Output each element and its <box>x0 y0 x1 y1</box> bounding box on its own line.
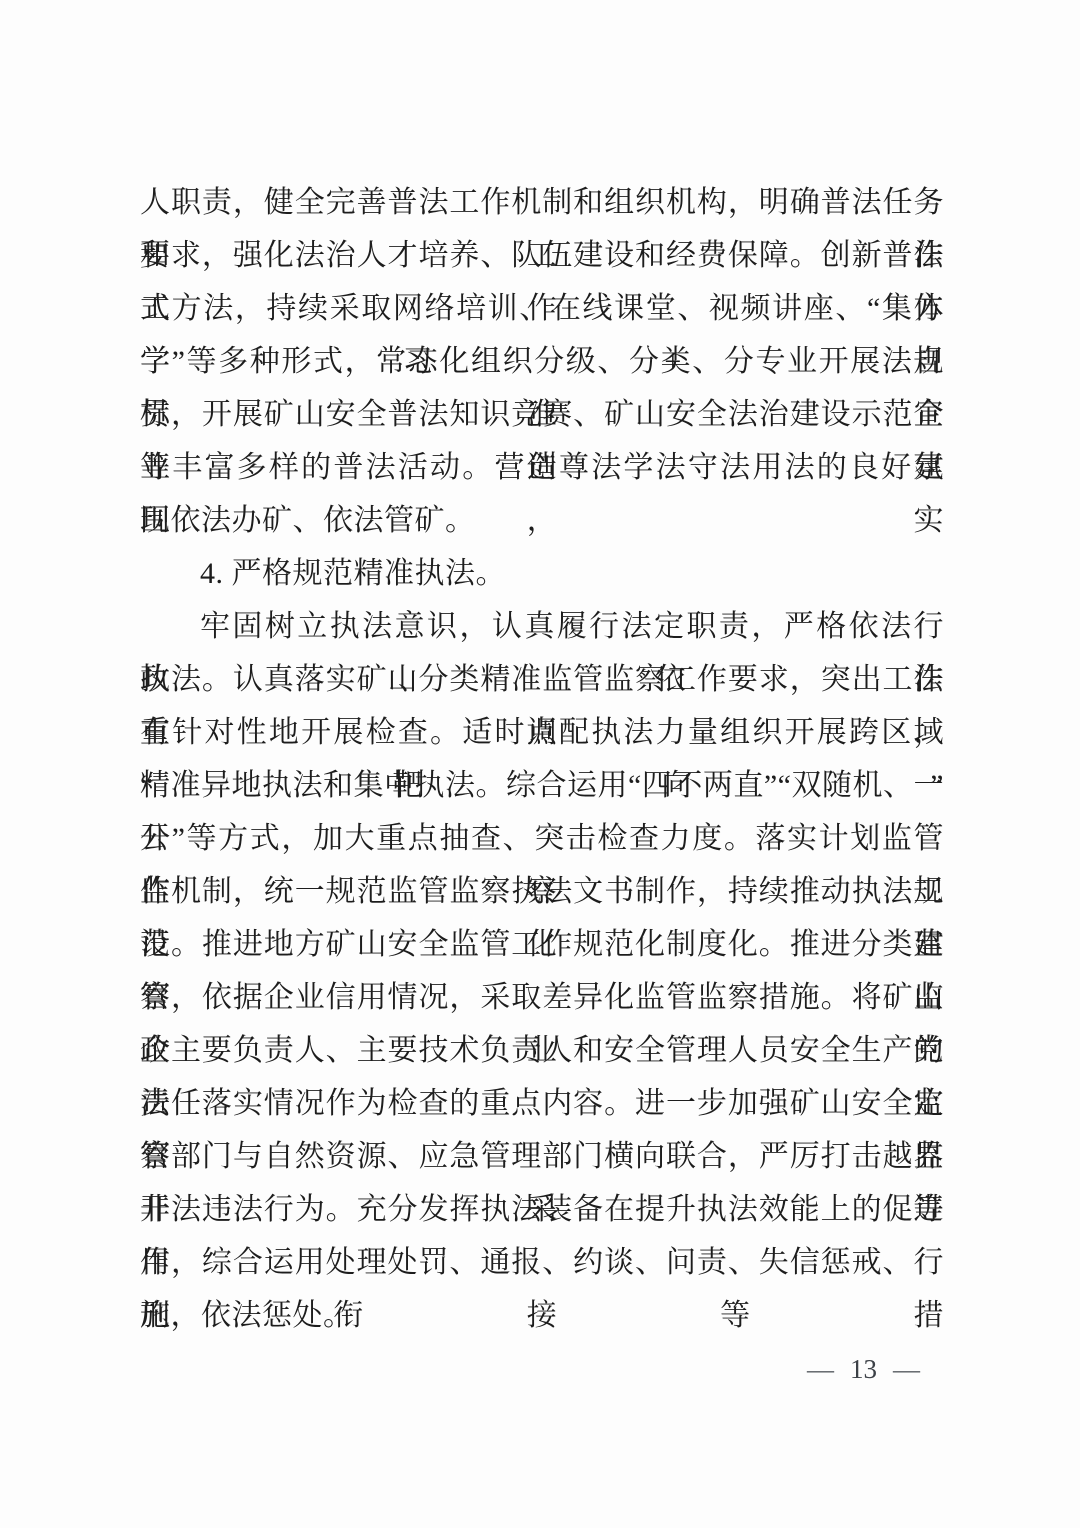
text-line: 政主要负责人、主要技术负责人和安全管理人员安全生产的法定 <box>140 1024 944 1077</box>
text-line: 4. 严格规范精准执法。 <box>140 547 944 600</box>
text-line: 执法。认真落实矿山分类精准监管监察工作要求，突出工作重点， <box>140 653 944 706</box>
text-line: 用，综合运用处理处罚、通报、约谈、问责、失信惩戒、行刑衔接等措 <box>140 1236 944 1289</box>
text-line: 等丰富多样的普法活动。营造尊法学法守法用法的良好氛围，实 <box>140 441 944 494</box>
text-line: 非法违法行为。充分发挥执法装备在提升执法效能上的促进作 <box>140 1183 944 1236</box>
text-line: 责任落实情况作为检查的重点内容。进一步加强矿山安全监管监 <box>140 1077 944 1130</box>
text-line: 式方法，持续采取网络培训、在线课堂、视频讲座、“集体学习+自 <box>140 282 944 335</box>
text-line: 察部门与自然资源、应急管理部门横向联合，严厉打击越界开采等 <box>140 1130 944 1183</box>
page-number: 13 <box>850 1354 877 1385</box>
text-line: 贯，开展矿山安全普法知识竞赛、矿山安全法治建设示范企业创建 <box>140 388 944 441</box>
text-line: 精准异地执法和集中执法。综合运用“四不两直”“双随机、一公 <box>140 759 944 812</box>
text-line: 设。推进地方矿山安全监管工作规范化制度化。推进分类监管监 <box>140 918 944 971</box>
text-line: 开”等方式，加大重点抽查、突击检查力度。落实计划监管监察工 <box>140 812 944 865</box>
footer-dash-left: — <box>807 1356 834 1383</box>
text-line: 要求，强化法治人才培养、队伍建设和经费保障。创新普法工作方 <box>140 229 944 282</box>
document-page: 人职责，健全完善普法工作机制和组织机构，明确普法任务和工作要求，强化法治人才培养… <box>0 0 1080 1528</box>
text-line: 牢固树立执法意识，认真履行法定职责，严格依法行政、依法 <box>140 600 944 653</box>
text-line: 作机制，统一规范监管监察执法文书制作，持续推动执法规范化建 <box>140 865 944 918</box>
footer-dash-right: — <box>893 1356 920 1383</box>
text-line: 察，依据企业信用情况，采取差异化监管监察措施。将矿山企业党 <box>140 971 944 1024</box>
text-line: 有针对性地开展检查。适时调配执法力量组织开展跨区域“靶向” <box>140 706 944 759</box>
document-body: 人职责，健全完善普法工作机制和组织机构，明确普法任务和工作要求，强化法治人才培养… <box>140 176 944 1342</box>
page-footer: — 13 — <box>807 1348 920 1390</box>
text-line: 学”等多种形式，常态化组织分级、分类、分专业开展法规标准宣 <box>140 335 944 388</box>
text-line: 人职责，健全完善普法工作机制和组织机构，明确普法任务和工作 <box>140 176 944 229</box>
